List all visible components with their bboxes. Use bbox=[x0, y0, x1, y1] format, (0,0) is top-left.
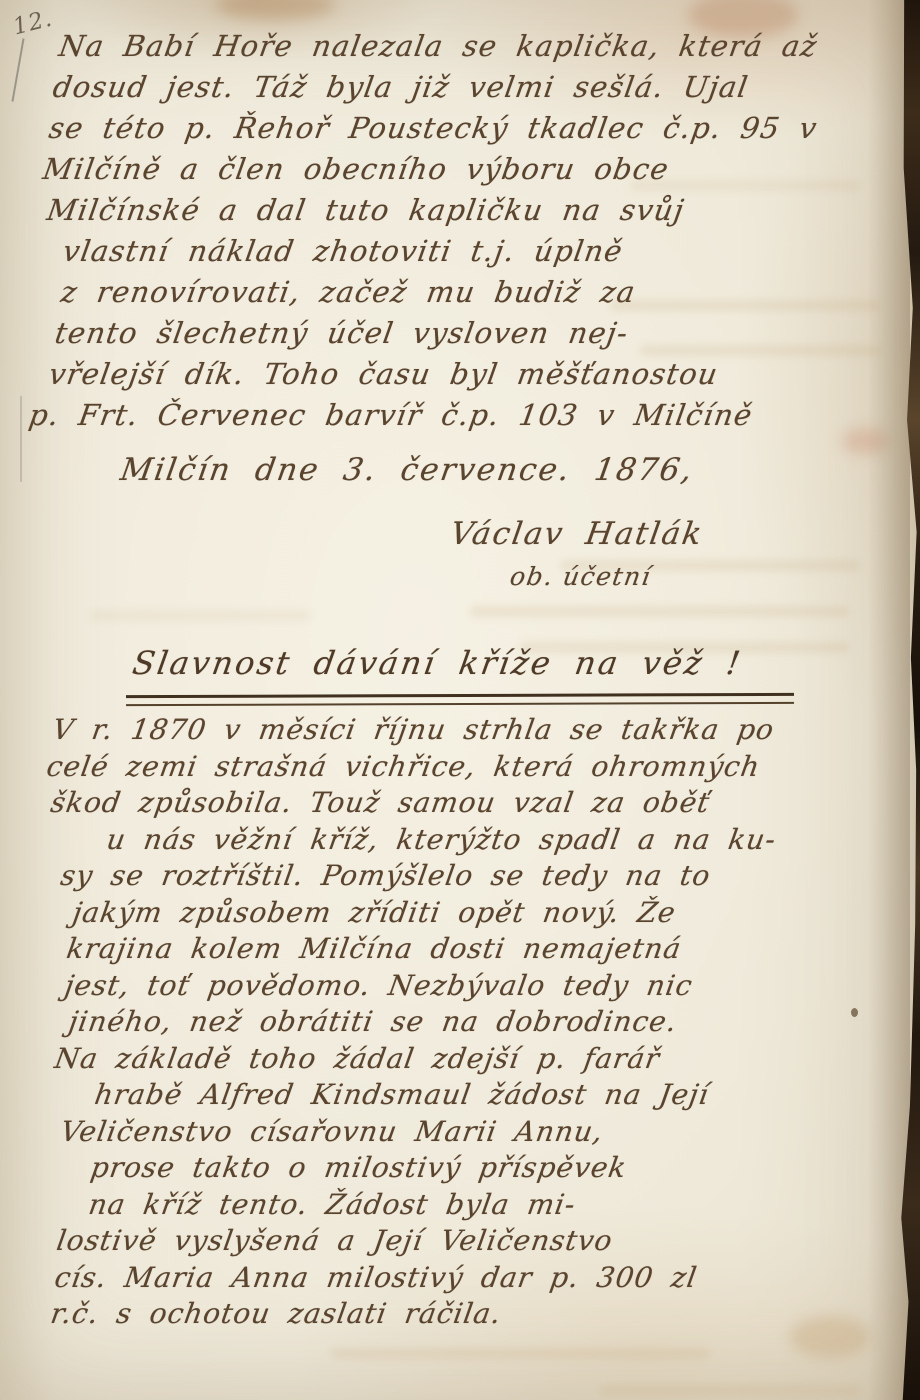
text-line: celé zemi strašná vichřice, která ohromn… bbox=[44, 749, 920, 786]
text-line: Milčíně a člen obecního výboru obce bbox=[40, 149, 920, 190]
text-line: u nás věžní kříž, kterýžto spadl a na ku… bbox=[104, 822, 920, 859]
text-line: hrabě Alfred Kindsmaul žádost na Její bbox=[92, 1077, 920, 1114]
text-line: Na Babí Hoře nalezala se kaplička, která… bbox=[56, 26, 920, 67]
text-line: Milčínské a dal tuto kapličku na svůj bbox=[44, 190, 920, 231]
bleedthrough-ghost-text bbox=[470, 606, 850, 617]
text-line: Na základě toho žádal zdejší p. farář bbox=[52, 1041, 920, 1078]
dateline: Milčín dne 3. července. 1876, bbox=[118, 452, 696, 488]
text-line: jakým způsobem zříditi opět nový. Že bbox=[70, 895, 920, 932]
text-line: lostivě vyslyšená a Její Veličenstvo bbox=[54, 1223, 920, 1260]
text-line: dosud jest. Táž byla již velmi sešlá. Uj… bbox=[50, 67, 920, 108]
text-line: jiného, než obrátiti se na dobrodince. bbox=[66, 1004, 920, 1041]
text-line: z renovírovati, začež mu budiž za bbox=[58, 272, 920, 313]
text-line: vlastní náklad zhotoviti t.j. úplně bbox=[60, 231, 920, 272]
text-line: se této p. Řehoř Poustecký tkadlec č.p. … bbox=[46, 108, 920, 149]
text-line: r.č. s ochotou zaslati ráčila. bbox=[48, 1296, 920, 1333]
paragraph-chapel-entry: Na Babí Hoře nalezala se kaplička, která… bbox=[0, 26, 920, 436]
text-line: Veličenstvo císařovnu Marii Annu, bbox=[58, 1114, 920, 1151]
text-line: tento šlechetný účel vysloven nej- bbox=[52, 313, 920, 354]
text-line: prose takto o milostivý příspěvek bbox=[88, 1150, 920, 1187]
text-line: na kříž tento. Žádost byla mi- bbox=[86, 1187, 920, 1224]
manuscript-page: 12. Na Babí Hoře nalezala se kaplička, k… bbox=[0, 0, 920, 1400]
text-line: V r. 1870 v měsíci říjnu strhla se takřk… bbox=[50, 712, 920, 749]
heading-underline bbox=[126, 693, 794, 706]
text-line: jest, toť povědomo. Nezbývalo tedy nic bbox=[62, 968, 920, 1005]
signature-title: ob. účetní bbox=[508, 562, 654, 591]
bleedthrough-ghost-text bbox=[330, 1348, 710, 1359]
paragraph-cross-entry: V r. 1870 v měsíci říjnu strhla se takřk… bbox=[0, 712, 920, 1333]
text-line: krajina kolem Milčína dosti nemajetná bbox=[64, 931, 920, 968]
text-line: p. Frt. Červenec barvíř č.p. 103 v Milčí… bbox=[26, 395, 920, 436]
text-line: škod způsobila. Touž samou vzal za oběť bbox=[48, 785, 920, 822]
bleedthrough-ghost-text bbox=[90, 610, 310, 621]
signature-name: Václav Hatlák bbox=[448, 516, 706, 552]
paper-stain bbox=[215, 0, 335, 20]
text-line: sy se roztříštil. Pomýšlelo se tedy na t… bbox=[58, 858, 920, 895]
text-line: vřelejší dík. Toho času byl měšťanostou bbox=[46, 354, 920, 395]
section-heading: Slavnost dávání kříže na věž ! bbox=[130, 644, 745, 682]
text-line: cís. Maria Anna milostivý dar p. 300 zl bbox=[52, 1260, 920, 1297]
bleedthrough-ghost-text bbox=[600, 1385, 860, 1396]
